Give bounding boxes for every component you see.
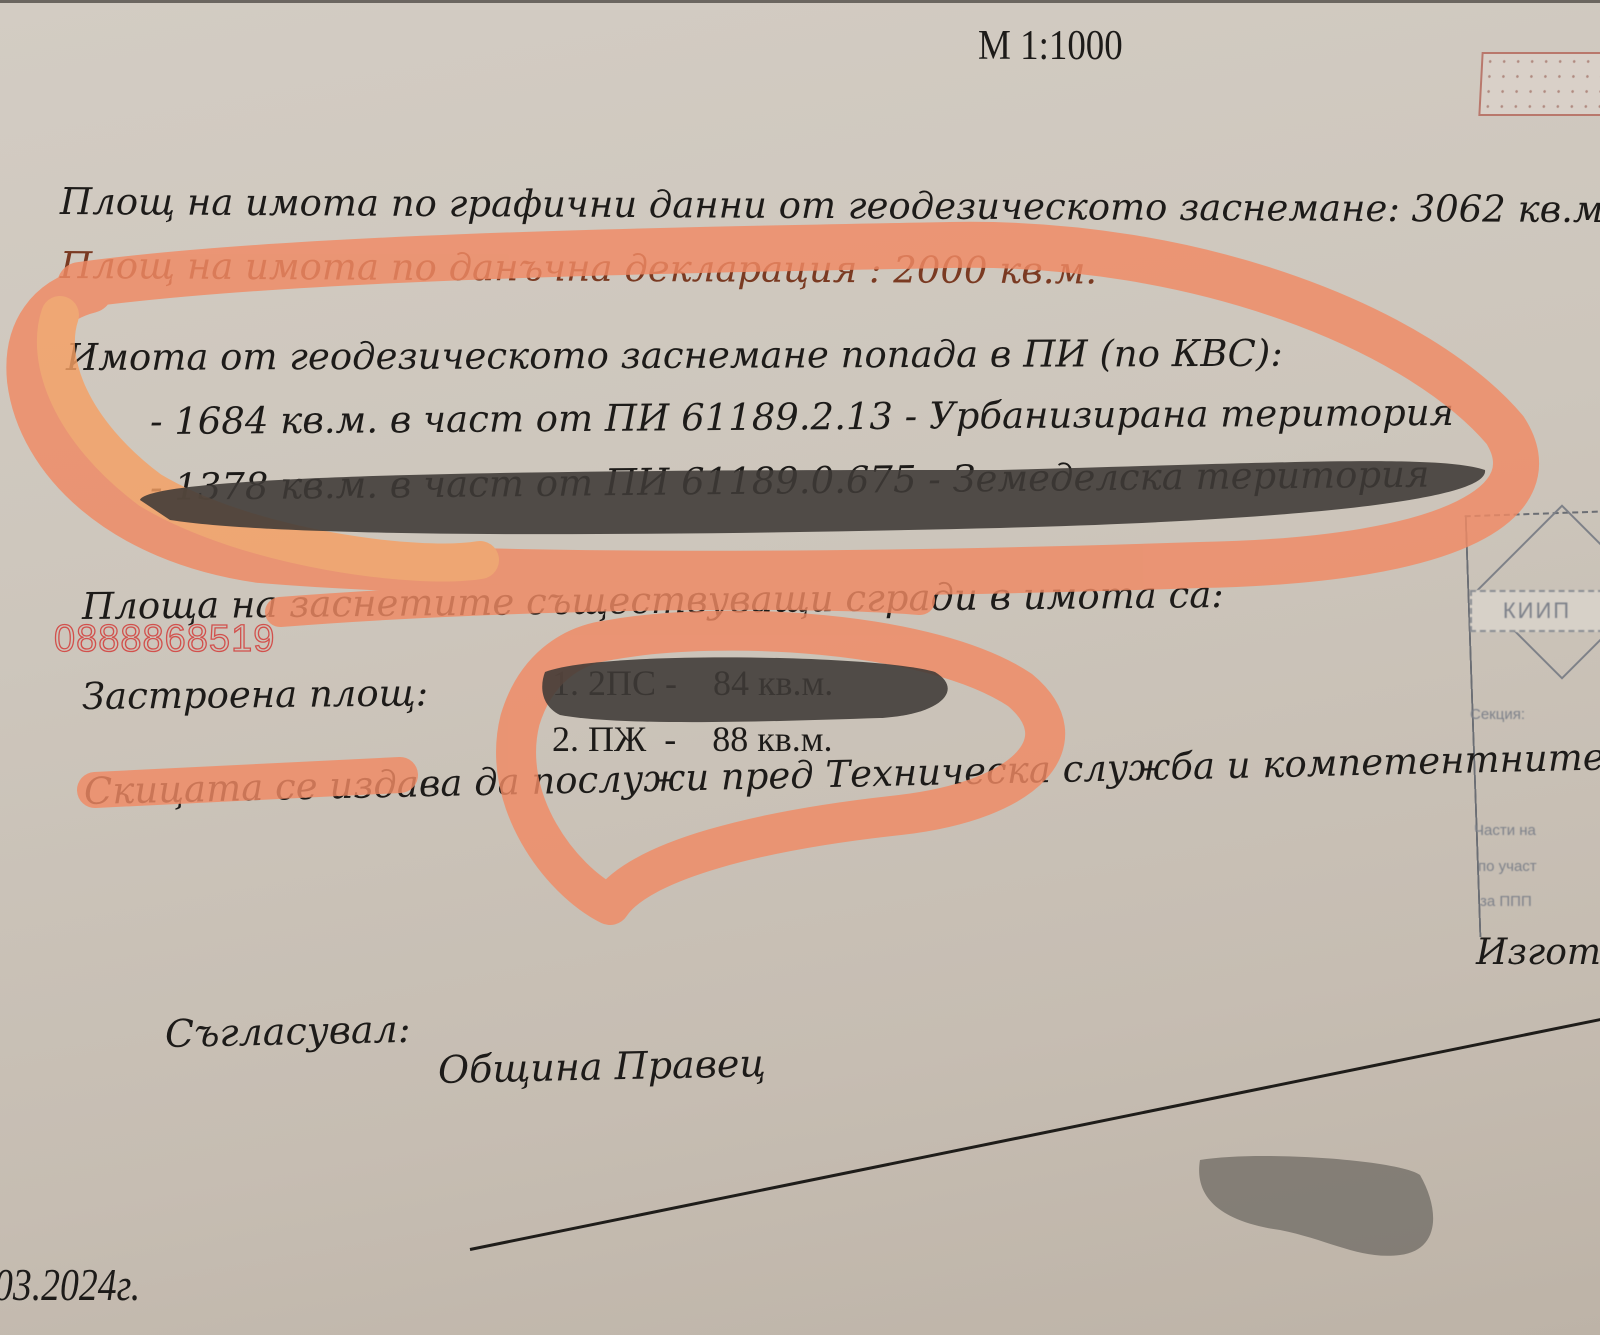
- map-scale: M 1:1000: [978, 22, 1123, 70]
- built-area-label: Застроена площ:: [82, 671, 429, 718]
- building-item: 1. 2ПС - 84 кв.м.: [552, 662, 833, 704]
- agreed-label: Съгласувал:: [165, 1007, 411, 1056]
- municipality-name: Община Правец: [438, 1041, 767, 1092]
- area-survey-line: Площ на имота по графични данни от геоде…: [60, 180, 1600, 231]
- stamp-section-label: Секция:: [1470, 706, 1525, 723]
- stamp-logo: КИИП: [1470, 590, 1600, 632]
- purpose-line: Скицата се издава да послужи пред Технич…: [84, 735, 1600, 812]
- area-tax-line: Площ на имота по данъчна декларация : 20…: [60, 244, 1097, 292]
- hatched-legend-box: [1478, 52, 1600, 116]
- stamp-part-label: Части на: [1474, 822, 1536, 839]
- falls-in-heading: Имота от геодезическото заснемане попада…: [66, 332, 1283, 379]
- document-date: 03.2024г.: [0, 1258, 140, 1311]
- parcel-item: - 1378 кв.м. в част от ПИ 61189.0.675 - …: [150, 453, 1430, 509]
- parcel-item: - 1684 кв.м. в част от ПИ 61189.2.13 - У…: [150, 391, 1454, 443]
- stamp-by-label: по участ: [1478, 858, 1537, 875]
- phone-watermark: 0888868519: [54, 618, 275, 661]
- stamp-ppp-label: за ППП: [1480, 893, 1532, 910]
- prepared-by-label: Изгот: [1476, 932, 1600, 973]
- page-top-edge: [0, 0, 1600, 3]
